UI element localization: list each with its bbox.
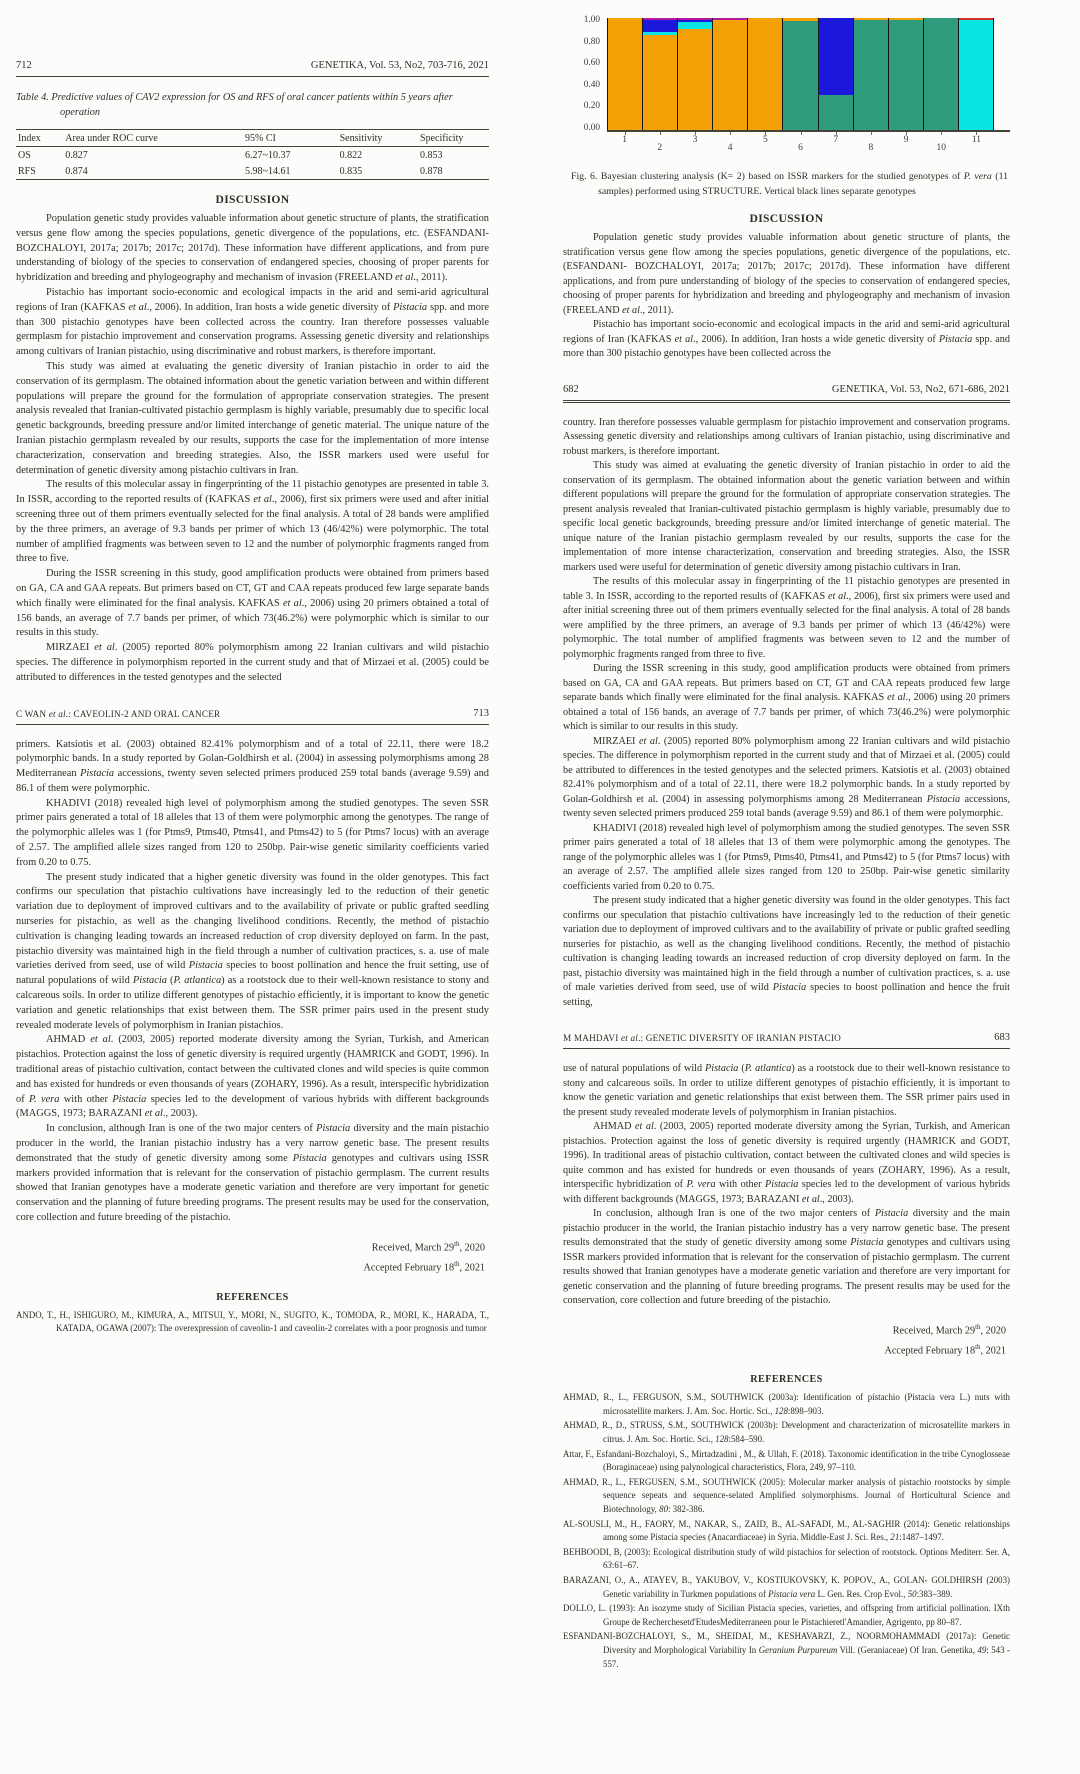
- x-tick-label: 11: [959, 135, 994, 157]
- paragraph: AHMAD et al. (2003, 2005) reported moder…: [16, 1033, 489, 1122]
- col-header: Area under ROC curve: [63, 130, 243, 147]
- bar-segment-orange: [643, 35, 677, 130]
- reference-entry: ESFANDANI-BOZCHALOYI, S., M., SHEIDAI, M…: [563, 1630, 1010, 1671]
- page-number: 713: [473, 708, 489, 719]
- journal-title: GENETIKA, Vol. 53, No2, 703-716, 2021: [311, 60, 489, 71]
- reference-entry: AHMAD, R., D., STRUSS, S.M., SOUTHWICK (…: [563, 1419, 1010, 1446]
- y-tick-label: 0.20: [567, 101, 600, 111]
- paragraph: MIRZAEI et al. (2005) reported 80% polym…: [563, 735, 1010, 822]
- reference-entry: BARAZANI, O., A., ATAYEV, B., YAKUBOV, V…: [563, 1574, 1010, 1601]
- table-row: OS 0.827 6.27~10.37 0.822 0.853: [16, 147, 489, 164]
- cell: 5.98~14.61: [243, 163, 338, 180]
- paragraph: Pistachio has important socio-economic a…: [16, 286, 489, 360]
- y-tick-label: 0.00: [567, 123, 600, 133]
- references-list-right: AHMAD, R., L., FERGUSON, S.M., SOUTHWICK…: [563, 1391, 1010, 1671]
- paragraph-fragment: The present study indicated that a highe…: [16, 872, 489, 972]
- paragraph: This study was aimed at evaluating the g…: [16, 360, 489, 478]
- accepted-date: Accepted February 18th, 2021: [16, 1256, 485, 1276]
- structure-bar-9: [889, 18, 924, 130]
- bar-segment-green: [819, 95, 853, 130]
- x-tick-label: 4: [713, 135, 748, 157]
- paragraph: During the ISSR screening in this study,…: [563, 662, 1010, 735]
- x-tick-label: 3: [677, 135, 712, 157]
- structure-bar-3: [678, 18, 713, 130]
- received-date: Received, March 29th, 2020: [563, 1319, 1006, 1339]
- references-list-left: ANDO, T., H., ISHIGURO, M., KIMURA, A., …: [16, 1309, 489, 1336]
- bar-segment-green: [924, 18, 958, 130]
- reference-entry: BEHBOODI, B, (2003): Ecological distribu…: [563, 1546, 1010, 1573]
- col-header: 95% CI: [243, 130, 338, 147]
- paragraph: The results of this molecular assay in f…: [16, 478, 489, 567]
- references-heading: REFERENCES: [16, 1292, 489, 1303]
- bar-segment-orange: [713, 20, 747, 130]
- bar-segment-orange: [608, 18, 642, 130]
- cell: 0.853: [418, 147, 489, 164]
- structure-plot-yaxis: 1.000.800.600.400.200.00: [567, 18, 607, 136]
- cell: RFS: [16, 163, 63, 180]
- x-tick-label: 1: [607, 135, 642, 157]
- y-tick-label: 0.40: [567, 80, 600, 90]
- reference-entry: AHMAD, R., L., FERGUSEN, S.M., SOUTHWICK…: [563, 1476, 1010, 1517]
- structure-bar-4: [713, 18, 748, 130]
- table-caption: Table 4. Predictive values of CAV2 expre…: [16, 91, 489, 120]
- table-row: RFS 0.874 5.98~14.61 0.835 0.878: [16, 163, 489, 180]
- paragraph: In conclusion, although Iran is one of t…: [563, 1207, 1010, 1309]
- structure-bar-7: [819, 18, 854, 130]
- paragraph: In conclusion, although Iran is one of t…: [16, 1122, 489, 1226]
- paragraph: Population genetic study provides valuab…: [16, 212, 489, 286]
- reference-entry: ANDO, T., H., ISHIGURO, M., KIMURA, A., …: [16, 1309, 489, 1336]
- bar-segment-navy: [819, 18, 853, 95]
- cell: 0.878: [418, 163, 489, 180]
- bar-segment-green: [783, 21, 817, 130]
- cell: 6.27~10.37: [243, 147, 338, 164]
- page-number: 683: [994, 1032, 1010, 1043]
- x-tick-label: 9: [889, 135, 924, 157]
- reference-entry: AHMAD, R., L., FERGUSON, S.M., SOUTHWICK…: [563, 1391, 1010, 1418]
- paragraph: use of natural populations of wild Pista…: [563, 1062, 1010, 1120]
- structure-bar-6: [783, 18, 818, 130]
- reference-entry: DOLLO, L. (1993): An isozyme study of Si…: [563, 1602, 1010, 1629]
- structure-plot-xlabels: 1234567891011: [607, 135, 994, 157]
- figure-caption: Fig. 6. Bayesian clustering analysis (K=…: [571, 170, 1008, 199]
- structure-bar-1: [607, 18, 643, 130]
- discussion-heading: DISCUSSION: [563, 212, 1010, 225]
- paragraph: The present study indicated that a highe…: [563, 894, 1010, 1010]
- structure-bar-2: [643, 18, 678, 130]
- bar-segment-orange: [748, 18, 782, 130]
- paragraph: This study was aimed at evaluating the g…: [563, 459, 1010, 575]
- structure-plot: 1234567891011: [607, 18, 1010, 157]
- paragraph: primers. Katsiotis et al. (2003) obtaine…: [16, 738, 489, 797]
- table-header-row: Index Area under ROC curve 95% CI Sensit…: [16, 130, 489, 147]
- reference-entry: AL-SOUSLI, M., H., FAORY, M., NAKAR, S.,…: [563, 1518, 1010, 1545]
- running-head-712: 712 GENETIKA, Vol. 53, No2, 703-716, 202…: [16, 60, 489, 77]
- document-canvas: 712 GENETIKA, Vol. 53, No2, 703-716, 202…: [0, 0, 1080, 1774]
- bar-segment-cyan: [678, 22, 712, 29]
- paragraph: MIRZAEI et al. (2005) reported 80% polym…: [16, 641, 489, 685]
- bar-segment-green: [854, 20, 888, 130]
- bar-segment-orange: [678, 29, 712, 130]
- paragraph: country. Iran therefore possesses valuab…: [563, 416, 1010, 460]
- structure-figure: 1.000.800.600.400.200.00 1234567891011 F…: [563, 18, 1010, 199]
- cell: 0.835: [338, 163, 418, 180]
- page-number: 682: [563, 384, 579, 395]
- col-header: Sensitivity: [338, 130, 418, 147]
- col-header: Specificity: [418, 130, 489, 147]
- paragraph: Pistachio has important socio-economic a…: [563, 318, 1010, 362]
- right-page: 1.000.800.600.400.200.00 1234567891011 F…: [563, 8, 1010, 1672]
- y-tick-label: 1.00: [567, 15, 600, 25]
- bar-segment-navy: [643, 20, 677, 32]
- x-axis-extension: [994, 18, 1010, 130]
- journal-title: GENETIKA, Vol. 53, No2, 671-686, 2021: [832, 384, 1010, 395]
- page-number: 712: [16, 60, 32, 71]
- x-tick-label: 5: [748, 135, 783, 157]
- structure-plot-bars: [607, 18, 994, 130]
- paragraph: During the ISSR screening in this study,…: [16, 567, 489, 641]
- discussion-heading: DISCUSSION: [16, 193, 489, 206]
- col-header: Index: [16, 130, 63, 147]
- structure-bar-8: [854, 18, 889, 130]
- cell: 0.827: [63, 147, 243, 164]
- bar-segment-green: [889, 20, 923, 130]
- paragraph: AHMAD et al. (2003, 2005) reported moder…: [563, 1120, 1010, 1207]
- left-page: 712 GENETIKA, Vol. 53, No2, 703-716, 202…: [16, 60, 489, 1337]
- running-title: M MAHDAVI et al.: GENETIC DIVERSITY OF I…: [563, 1033, 841, 1043]
- cell: 0.822: [338, 147, 418, 164]
- paragraph: KHADIVI (2018) revealed high level of po…: [563, 822, 1010, 895]
- paragraph: The present study indicated that a highe…: [16, 871, 489, 1034]
- structure-bar-11: [959, 18, 994, 130]
- y-tick-label: 0.80: [567, 37, 600, 47]
- reference-entry: Attar, F., Esfandani-Bozchaloyi, S., Mir…: [563, 1448, 1010, 1475]
- y-tick-label: 0.60: [567, 58, 600, 68]
- roc-table: Index Area under ROC curve 95% CI Sensit…: [16, 129, 489, 180]
- structure-bar-5: [748, 18, 783, 130]
- received-accepted: Received, March 29th, 2020 Accepted Febr…: [16, 1236, 485, 1277]
- received-accepted: Received, March 29th, 2020 Accepted Febr…: [563, 1319, 1006, 1360]
- running-title: C WAN et al.: CAVEOLIN-2 AND ORAL CANCER: [16, 709, 220, 719]
- running-head-683: M MAHDAVI et al.: GENETIC DIVERSITY OF I…: [563, 1032, 1010, 1049]
- references-heading: REFERENCES: [563, 1374, 1010, 1385]
- running-head-682: 682 GENETIKA, Vol. 53, No2, 671-686, 202…: [563, 384, 1010, 403]
- x-tick-label: 2: [642, 135, 677, 157]
- x-tick-label: 10: [924, 135, 959, 157]
- cell: 0.874: [63, 163, 243, 180]
- paragraph: Population genetic study provides valuab…: [563, 231, 1010, 318]
- x-tick-label: 6: [783, 135, 818, 157]
- paragraph: KHADIVI (2018) revealed high level of po…: [16, 797, 489, 871]
- received-date: Received, March 29th, 2020: [16, 1236, 485, 1256]
- x-tick-label: 8: [853, 135, 888, 157]
- x-tick-label: 7: [818, 135, 853, 157]
- cell: OS: [16, 147, 63, 164]
- structure-bar-10: [924, 18, 959, 130]
- bar-segment-cyan: [959, 20, 993, 130]
- running-head-713: C WAN et al.: CAVEOLIN-2 AND ORAL CANCER…: [16, 708, 489, 725]
- accepted-date: Accepted February 18th, 2021: [563, 1339, 1006, 1359]
- paragraph: The results of this molecular assay in f…: [563, 575, 1010, 662]
